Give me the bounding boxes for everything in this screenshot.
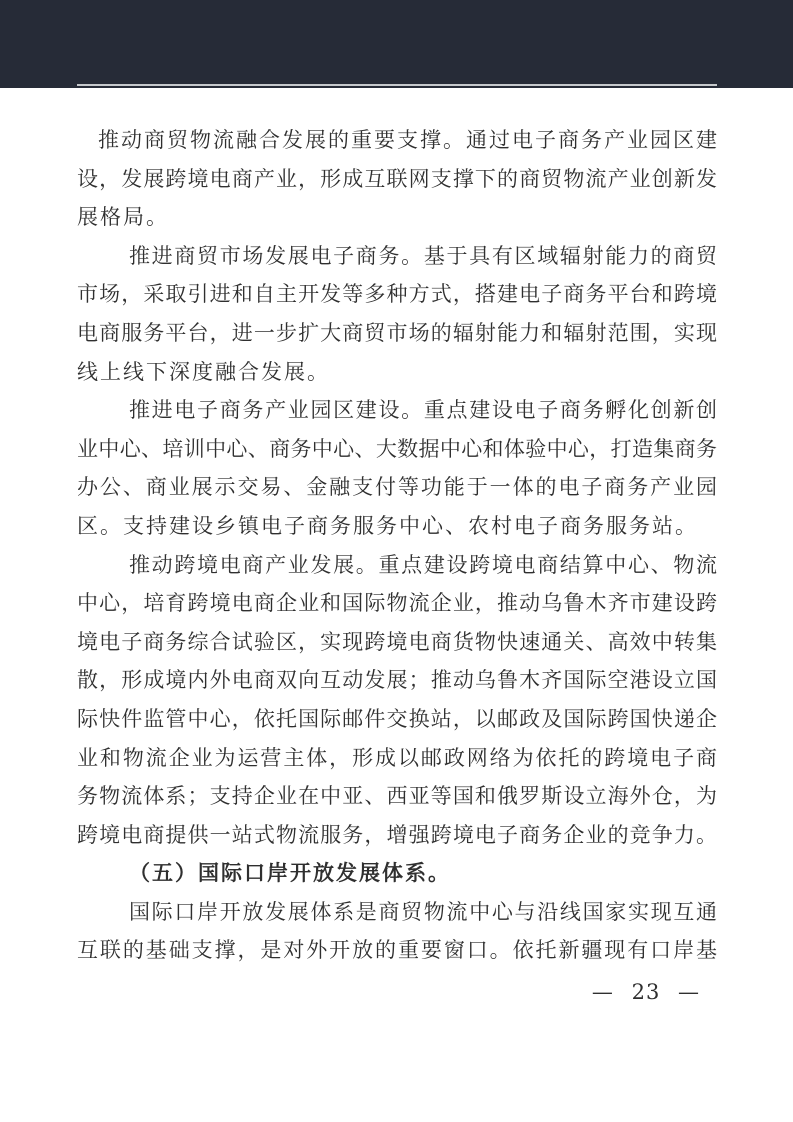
text-line: 市场，采取引进和自主开发等多种方式，搭建电子商务平台和跨境 bbox=[77, 275, 717, 314]
section-heading: （五）国际口岸开放发展体系。 bbox=[77, 854, 717, 893]
text-line: 推进商贸市场发展电子商务。基于具有区域辐射能力的商贸 bbox=[77, 237, 717, 276]
page-number: — 23 — bbox=[592, 973, 700, 1012]
text-line: 散，形成境内外电商双向互动发展；推动乌鲁木齐国际空港设立国 bbox=[77, 661, 717, 700]
text-line: 设，发展跨境电商产业，形成互联网支撑下的商贸物流产业创新发 bbox=[77, 160, 717, 199]
text-line: 互联的基础支撑，是对外开放的重要窗口。依托新疆现有口岸基 bbox=[77, 931, 717, 970]
text-line: 跨境电商提供一站式物流服务，增强跨境电子商务企业的竞争力。 bbox=[77, 816, 717, 855]
header-rule-line bbox=[77, 84, 717, 86]
text-line: 推动商贸物流融合发展的重要支撑。通过电子商务产业园区建 bbox=[77, 121, 717, 160]
text-line: 推进电子商务产业园区建设。重点建设电子商务孵化创新创 bbox=[77, 391, 717, 430]
text-line: 电商服务平台，进一步扩大商贸市场的辐射能力和辐射范围，实现 bbox=[77, 314, 717, 353]
document-page: 推动商贸物流融合发展的重要支撑。通过电子商务产业园区建 设，发展跨境电商产业，形… bbox=[0, 0, 793, 1122]
header-band bbox=[0, 0, 793, 88]
text-line: 办公、商业展示交易、金融支付等功能于一体的电子商务产业园 bbox=[77, 468, 717, 507]
text-line: 线上线下深度融合发展。 bbox=[77, 353, 717, 392]
text-line: 推动跨境电商产业发展。重点建设跨境电商结算中心、物流 bbox=[77, 546, 717, 585]
text-line: 境电子商务综合试验区，实现跨境电商货物快速通关、高效中转集 bbox=[77, 623, 717, 662]
text-line: 业中心、培训中心、商务中心、大数据中心和体验中心，打造集商务 bbox=[77, 430, 717, 469]
text-line: 国际口岸开放发展体系是商贸物流中心与沿线国家实现互通 bbox=[77, 893, 717, 932]
text-line: 际快件监管中心，依托国际邮件交换站，以邮政及国际跨国快递企 bbox=[77, 700, 717, 739]
body-text-block: 推动商贸物流融合发展的重要支撑。通过电子商务产业园区建 设，发展跨境电商产业，形… bbox=[77, 121, 717, 970]
text-line: 展格局。 bbox=[77, 198, 717, 237]
text-line: 区。支持建设乡镇电子商务服务中心、农村电子商务服务站。 bbox=[77, 507, 717, 546]
text-line: 务物流体系；支持企业在中亚、西亚等国和俄罗斯设立海外仓，为 bbox=[77, 777, 717, 816]
text-line: 中心，培育跨境电商企业和国际物流企业，推动乌鲁木齐市建设跨 bbox=[77, 584, 717, 623]
text-line: 业和物流企业为运营主体，形成以邮政网络为依托的跨境电子商 bbox=[77, 739, 717, 778]
